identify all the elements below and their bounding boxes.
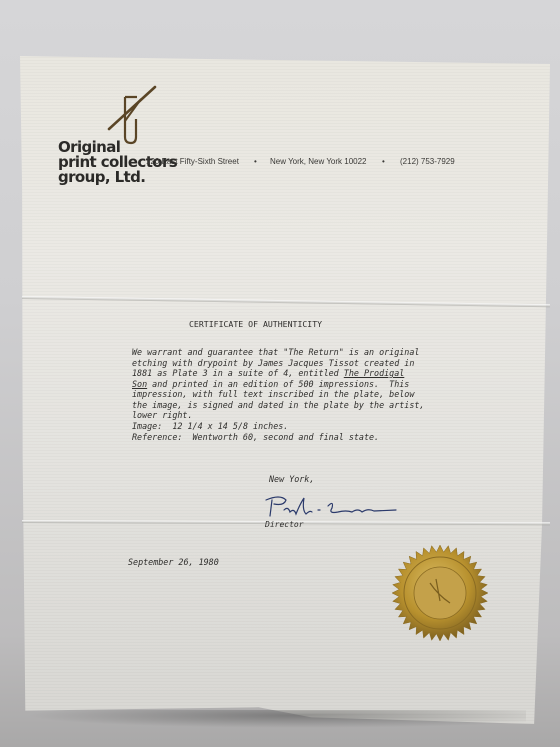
reference-label: Reference: xyxy=(132,432,182,442)
body-line: We warrant and guarantee that "The Retur… xyxy=(132,347,419,357)
image-size-label: Image: xyxy=(132,421,162,431)
certificate-date: September 26, 1980 xyxy=(128,557,219,568)
certificate-title: CERTIFICATE OF AUTHENTICITY xyxy=(189,319,322,330)
body-line: and printed in an edition of 500 impress… xyxy=(147,379,409,389)
company-name-line: group, Ltd. xyxy=(58,170,177,185)
separator: • xyxy=(382,157,385,166)
body-line: the image, is signed and dated in the pl… xyxy=(132,400,424,410)
signature-icon xyxy=(262,492,402,522)
phone: (212) 753-7929 xyxy=(400,157,455,166)
paper-shadow xyxy=(26,710,526,728)
city: New York, New York 10022 xyxy=(270,157,367,166)
image-size: 12 1/4 x 14 5/8 inches. xyxy=(172,421,288,431)
gold-seal-icon xyxy=(390,543,490,643)
specifications: Image: 12 1/4 x 14 5/8 inches. Reference… xyxy=(132,421,379,442)
address: 120 East Fifty-Sixth Street xyxy=(146,157,239,166)
work-title: Son xyxy=(132,379,147,389)
separator: • xyxy=(254,157,257,166)
signer-title: Director xyxy=(265,520,304,531)
body-line: lower right. xyxy=(132,410,193,420)
certificate-body: We warrant and guarantee that "The Retur… xyxy=(132,347,424,421)
body-line: 1881 as Plate 3 in a suite of 4, entitle… xyxy=(132,368,344,378)
body-line: impression, with full text inscribed in … xyxy=(132,389,414,399)
body-line: etching with drypoint by James Jacques T… xyxy=(132,358,414,368)
reference: Wentworth 60, second and final state. xyxy=(193,432,380,442)
place: New York, xyxy=(269,474,314,485)
work-title: The Prodigal xyxy=(344,368,405,378)
